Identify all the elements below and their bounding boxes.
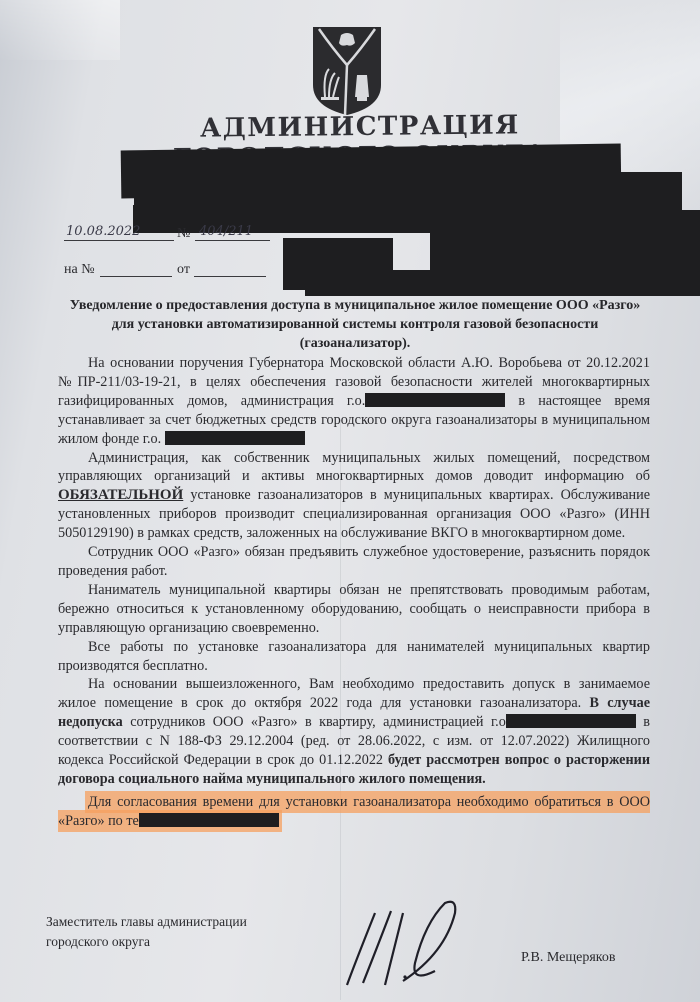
paragraph-3: Сотрудник ООО «Разго» обязан предъявить … (58, 543, 650, 581)
highlighted-contact-text: Для согласования времени для установки г… (58, 794, 650, 829)
paragraph-5: Все работы по установке газоанализатора … (58, 638, 650, 676)
reply-from-underline (194, 276, 266, 277)
photo-glare (0, 0, 120, 60)
signatory-name: Р.В. Мещеряков (521, 950, 616, 966)
notice-body: На основании поручения Губернатора Моско… (58, 354, 650, 831)
coat-of-arms-icon (311, 25, 383, 117)
reply-from-label: от (177, 262, 190, 278)
handwritten-signature (345, 893, 475, 988)
mandatory-emphasis: ОБЯЗАТЕЛЬНОЙ (58, 487, 183, 503)
notice-title: Уведомление о предоставления доступа в м… (60, 296, 650, 353)
signatory-position: Заместитель главы администрации городско… (46, 912, 247, 952)
number-underline (195, 240, 270, 241)
redacted-inline (165, 431, 305, 445)
redacted-inline (139, 813, 279, 827)
number-field: 404/211 (199, 224, 253, 239)
paragraph-7: Для согласования времени для установки г… (58, 793, 650, 831)
reply-to-underline (100, 276, 172, 277)
date-underline (64, 240, 174, 241)
paragraph-2: Администрация, как собственник муниципал… (58, 449, 650, 544)
redacted-inline (506, 714, 636, 728)
redacted-block (305, 270, 700, 296)
paragraph-4: Наниматель муниципальной квартиры обязан… (58, 581, 650, 638)
reply-to-label: на № (64, 262, 95, 278)
paragraph-6: На основании вышеизложенного, Вам необхо… (58, 675, 650, 788)
paragraph-1: На основании поручения Губернатора Моско… (58, 354, 650, 449)
redacted-inline (365, 393, 505, 407)
number-label: № (177, 226, 190, 242)
date-field: 10.08.2022 (66, 224, 140, 239)
